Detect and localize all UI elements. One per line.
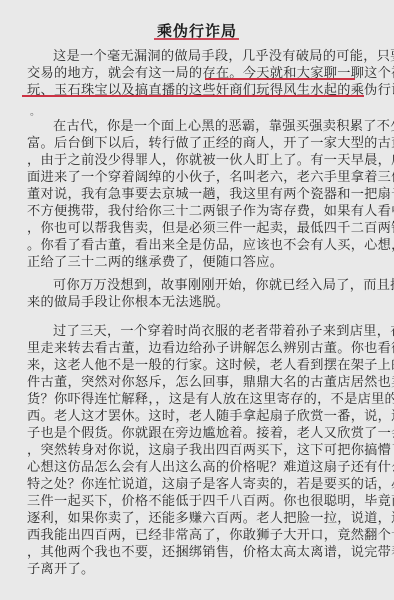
highlight-underline xyxy=(22,95,364,97)
text-line: 货？你吓得连忙解释，，这是有人放在这里寄存的，不是店里的东 xyxy=(27,391,360,408)
document-page: 乘伪行诈局 这是一个毫无漏洞的做局手段，几乎没有破局的可能，只要有 交易的地方，… xyxy=(0,0,394,600)
paragraph-story-start: 在古代，你是一个面上心黑的恶霸，靠强买强卖积累了不少财 富。后台倒下以后，转行做… xyxy=(27,118,360,271)
text-line: 正给了三十二两的继承费了，便随口答应。 xyxy=(27,254,360,271)
text-line: 心想这仿品怎么会有人出这么高的价格呢？难道这扇子还有什么奇 xyxy=(27,459,360,476)
text-line: 董对说，我有急事要去京城一趟，我这里有两个瓷器和一把扇子， xyxy=(27,186,360,203)
text-line: 子也是个假货。你就跟在旁边尴尬着。接着，老人又欣赏了一会儿 xyxy=(27,425,360,442)
text-line: 在古代，你是一个面上心黑的恶霸，靠强买强卖积累了不少财 xyxy=(27,118,360,135)
text-line: 。你看了看古董，看出来全是仿品，应该也不会有人买，心想，反 xyxy=(27,237,360,254)
text-line: 子离开了。 xyxy=(27,561,360,578)
text-line: 不方便携带，我付给你三十二两银子作为寄存费，如果有人看中了 xyxy=(27,203,360,220)
paragraph-intro: 这是一个毫无漏洞的做局手段，几乎没有破局的可能，只要有 交易的地方，就会有这一局… xyxy=(27,48,360,99)
highlight-underline xyxy=(205,78,355,80)
text-line: 面进来了一个穿着阔绰的小伙子，名叫老六，老六手里拿着三件古 xyxy=(27,169,360,186)
text-line: ，突然转身对你说，这扇子我出四百两买下，这下可把你搞懵了。 xyxy=(27,442,360,459)
text-line: 特之处？你连忙说道，这扇子是客人寄卖的，若是要买的话，必须 xyxy=(27,476,360,493)
text-line: 过了三天，一个穿着时尚衣服的老者带着孙子来到店里，在店 xyxy=(27,323,360,340)
text-line: 这是一个毫无漏洞的做局手段，几乎没有破局的可能，只要有 xyxy=(27,48,360,65)
text-line: ，其他两个我也不要，还捆绑销售，价格太高太离谱，说完带着孙 xyxy=(27,544,360,561)
text-line: 三件一起买下，价格不能低于四千八百两。你也很聪明，毕竟商人 xyxy=(27,493,360,510)
text-line: 富。后台倒下以后，转行做了正经的商人，开了一家大型的古董店 xyxy=(27,135,360,152)
paragraph-trap: 可你万万没想到，故事刚刚开始，你就已经入局了，而且接下 来的做局手段让你根本无法… xyxy=(27,277,360,311)
text-line: 可你万万没想到，故事刚刚开始，你就已经入局了，而且接下 xyxy=(27,277,360,294)
text-line: 里走来转去看古董，边看边给孙子讲解怎么辨别古董。你也看得出 xyxy=(27,340,360,357)
paragraph-elder: 过了三天，一个穿着时尚衣服的老者带着孙子来到店里，在店 里走来转去看古董，边看边… xyxy=(27,323,360,578)
text-line: 西。老人这才罢休。这时，老人随手拿起扇子欣赏一番，说，这扇 xyxy=(27,408,360,425)
text-line: 件古董，突然对你怒斥，怎么回事，鼎鼎大名的古董店居然也卖假 xyxy=(27,374,360,391)
text-line: ，由于之前没少得罪人，你就被一伙人盯上了。有一天早晨，店里 xyxy=(27,152,360,169)
text-line: 西我能出四百两，已经非常高了，你敢狮子大开口，竟然翻个十倍 xyxy=(27,527,360,544)
text-line: 来，这老人他不是一般的行家。这时候，老人看到摆在架子上的三 xyxy=(27,357,360,374)
text-line: ，你也可以帮我售卖，但是必须三件一起卖，最低四千二百两银子 xyxy=(27,220,360,237)
title-underline xyxy=(154,38,239,40)
trailing-punctuation: 。 xyxy=(30,103,40,118)
text-line: 逐利，如果你卖了，还能多赚六百两。老人把脸一拉，说道，这东 xyxy=(27,510,360,527)
text-line: 来的做局手段让你根本无法逃脱。 xyxy=(27,294,360,311)
